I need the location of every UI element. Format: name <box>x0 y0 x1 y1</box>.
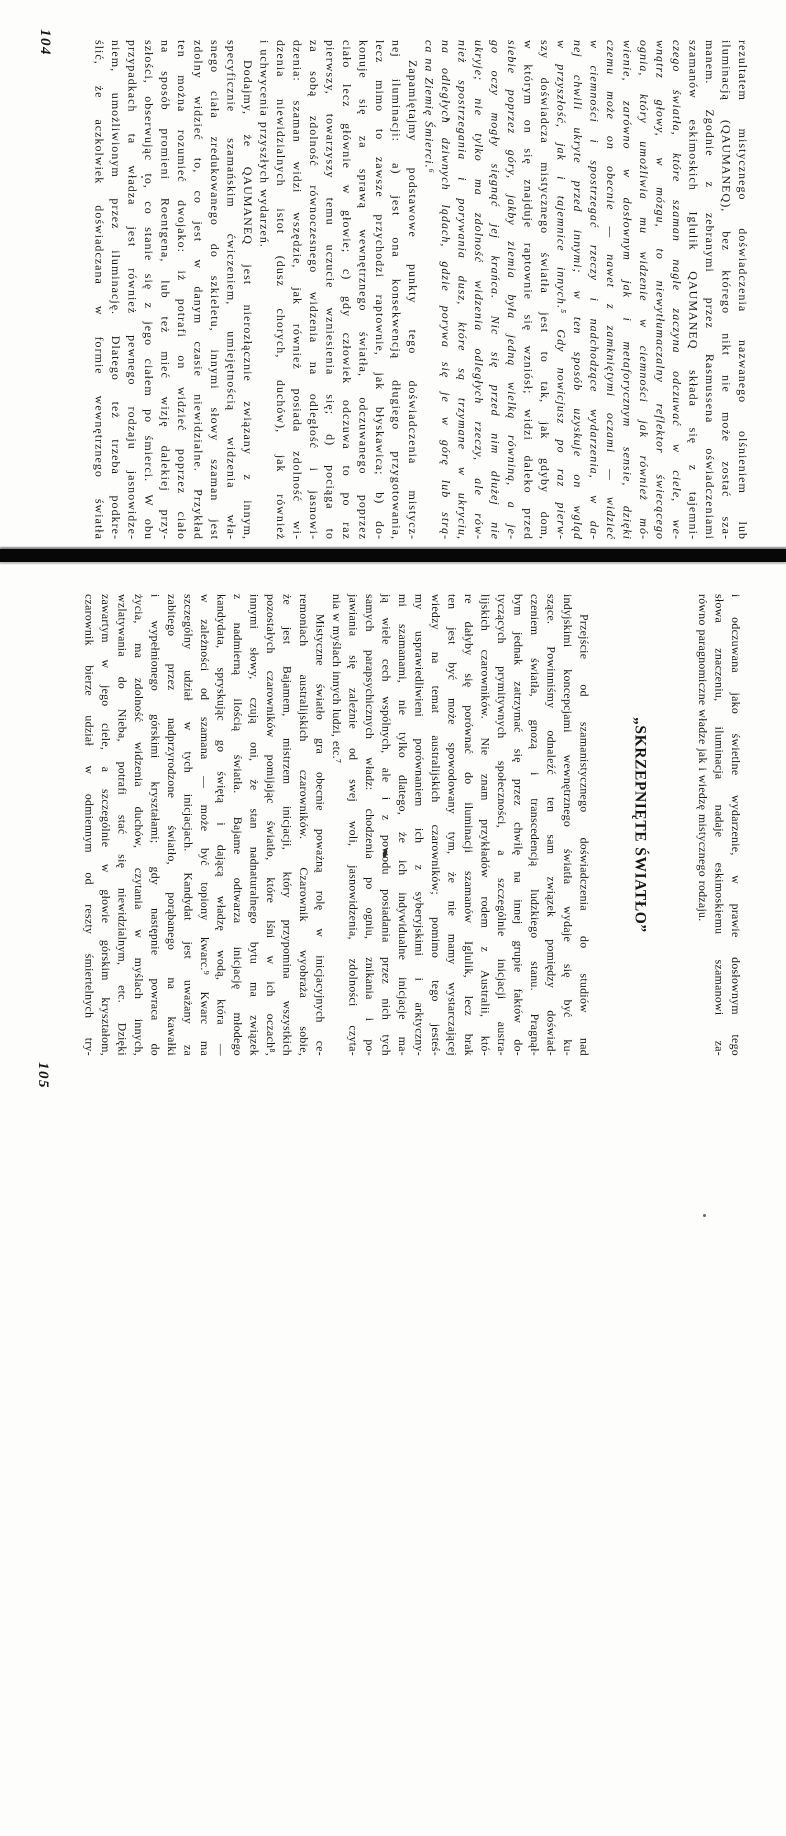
text-line: w zależności od szamana — może być topio… <box>197 594 214 1056</box>
text-line: jawiania się zależnie od swej woli, jasn… <box>345 594 362 1056</box>
text-line: z nadmierną ilością światła. Bajame odtw… <box>230 594 247 1056</box>
text-line: wiedzy na temat australijskich czarownik… <box>428 594 445 1056</box>
spine-shadow-band <box>0 549 786 562</box>
text-line: lecz mimo to zawsze przychodzi raptownie… <box>372 40 389 540</box>
page-number-104: 104 <box>36 29 53 56</box>
text-line: lijskich czarowników. Nie znam przykładó… <box>477 594 494 1056</box>
page-105-text-block: i odczuwana jako świetlne wydarzenie, w … <box>64 594 744 1056</box>
text-line: niem, umożliwionym przez iluminację. Dla… <box>108 40 125 540</box>
text-line: go oczy mogły sięgnąć jej krańca. Nic si… <box>487 40 504 540</box>
text-line: tyczących prymitywnych społeczności, a s… <box>494 594 511 1056</box>
text-line: samych parapsychicznych władz: chodzenia… <box>362 594 379 1056</box>
text-line: że jest Bajamem, mistrzem inicjacji, któ… <box>279 594 296 1056</box>
text-line: na odległych dziwnych lądach, gdzie pory… <box>438 40 455 540</box>
text-line: wnątrz głowy, w mózgu, to niewytłumaczal… <box>652 40 669 540</box>
text-line: i odczuwana jako świetlne wydarzenie, w … <box>728 594 745 1056</box>
text-line: ten jest być może spowodowany tym, że ni… <box>444 594 461 1056</box>
text-line: i uchwycenia przyszłych wydarzeń. <box>256 40 273 540</box>
ink-speck <box>447 118 449 121</box>
text-line: ją wiele cech wspólnych, ale i z powodu … <box>378 594 395 1056</box>
text-line: i wypełnionego górskimi kryształami; gdy… <box>147 594 164 1056</box>
text-line: czarownik bierze udział w odmiennym od r… <box>81 594 98 1056</box>
text-line: rezultatem mistycznego doświadczenia naz… <box>735 40 752 540</box>
text-line: manem. Zgodnie z zebranymi przez Rasmuss… <box>702 40 719 540</box>
text-line: ciało lecz głównie w głowie; c) gdy czło… <box>339 40 356 540</box>
text-line: w ciemności i spostrzegać rzeczy i nadch… <box>586 40 603 540</box>
text-line: zabitego przez nadprzyrodzone światło, p… <box>164 594 181 1056</box>
text-line: szłości, obserwując to, co stanie się z … <box>141 40 158 540</box>
text-line: nej iluminacji: a) jest ona konsekwencją… <box>388 40 405 540</box>
text-line: szamanów eskimoskich Iglulik QAUMANEQ sk… <box>685 40 702 540</box>
text-line: my usprawiedliwieni porównaniem ich z sy… <box>411 594 428 1056</box>
text-line: pierwszy, towarzyszy temu uczucie wznies… <box>322 40 339 540</box>
page-number-105: 105 <box>34 1062 51 1089</box>
ink-speck <box>703 1214 706 1217</box>
text-line: w którym on się znajduje raptownie się w… <box>520 40 537 540</box>
text-line: siebie poprzez góry, jakby ziemia była j… <box>504 40 521 540</box>
text-line: w przyszłość, jak i tajemnice innych.⁵ G… <box>553 40 570 540</box>
text-line: czemu może on obecnie — nawet z zamknięt… <box>603 40 620 540</box>
book-scan-spread: 104 rezultatem mistycznego doświadczenia… <box>0 0 786 1836</box>
text-line: zdolny widzieć to, co jest w danym czasi… <box>190 40 207 540</box>
text-line: indyjskimi koncepcjami wewnętrznego świa… <box>560 594 577 1056</box>
text-line: innymi słowy, czują oni, że stan nadnatu… <box>246 594 263 1056</box>
text-line: ognia, który umożliwia mu widzenie w cie… <box>636 40 653 540</box>
text-line: bym jednak zatrzymać się przez chwilę na… <box>510 594 527 1056</box>
text-line: konuje się za sprawą wewnętrznego światł… <box>355 40 372 540</box>
text-line: mi szamanami, nie tylko dlatego, że ich … <box>395 594 412 1056</box>
text-line: za sobą zdolność równoczesnego widzenia … <box>306 40 323 540</box>
text-line: szy doświadcza mistycznego światła jest … <box>537 40 554 540</box>
text-line: re dałyby się porównać do iluminacji sza… <box>461 594 478 1056</box>
text-line: przypadkach ta władza jest również pewne… <box>124 40 141 540</box>
ink-speck <box>141 176 143 178</box>
text-line: snego ciała zredukowanego do szkieletu, … <box>207 40 224 540</box>
text-line: ca na Ziemię Śmierci.⁶ <box>421 40 438 540</box>
text-line: Dodajmy, że QAUMANEQ jest nierozłącznie … <box>240 40 257 540</box>
text-line: na sposób promieni Roentgena, lub też mi… <box>157 40 174 540</box>
text-line: czeniem światła, gnozą i transcedencją l… <box>527 594 544 1056</box>
text-line: Mistyczne światło gra obecnie poważną ro… <box>312 594 329 1056</box>
text-line: remoniach australijskich czarowników. Cz… <box>296 594 313 1056</box>
text-line: zawartym w jego ciele, a szczególnie w g… <box>98 594 115 1056</box>
text-line: ślić, że aczkolwiek doświadczana w formi… <box>91 40 108 540</box>
text-line: wienie, zarówno w dosłownym jak i metafo… <box>619 40 636 540</box>
text-line: wzlatywania do Nieba, potrafi stać się n… <box>114 594 131 1056</box>
text-line: słowa znaczeniu, iluminacja nadaje eskim… <box>711 594 728 1056</box>
text-line: szące. Powinniśmy odnaleźć ten sam związ… <box>543 594 560 1056</box>
text-line: ten można rozumieć dwojako: iż potrafi o… <box>174 40 191 540</box>
text-line: specyficznie szamańskim ćwiczeniem, umie… <box>223 40 240 540</box>
text-line: iluminacją (QAUMANEQ), bez którego nikt … <box>718 40 735 540</box>
chapter-heading: „SKRZEPNIĘTE ŚWIATŁO” <box>629 594 651 1056</box>
text-line: życia, ma zdolność widzenia duchów, czyt… <box>131 594 148 1056</box>
text-line: dzenia niewidzialnych istot (dusz choryc… <box>273 40 290 540</box>
page-104-text-block: rezultatem mistycznego doświadczenia naz… <box>90 40 751 540</box>
text-line: ukryje; nie tylko ma zdolność widzenia o… <box>471 40 488 540</box>
text-line: nej chwili ukryte przed innymi; w ten sp… <box>570 40 587 540</box>
text-line: Przejście od szamanistycznego doświadcze… <box>576 594 593 1056</box>
text-line: pozostałych czarowników pomijając światł… <box>263 594 280 1056</box>
text-line: kandydata, spryskując go świętą i dającą… <box>213 594 230 1056</box>
text-line: nia w myślach innych ludzi, etc.⁷ <box>329 594 346 1056</box>
text-line: czego światła, które szaman nagle zaczyn… <box>669 40 686 540</box>
text-line: dzenia: szaman widzi wszędzie, jak równi… <box>289 40 306 540</box>
text-line: równo paragnomiczne władze jak i wiedzę … <box>695 594 712 1056</box>
text-line: Zapamiętajmy podstawowe punkty tego dośw… <box>405 40 422 540</box>
text-line: nież spostrzegania i porywania dusz, któ… <box>454 40 471 540</box>
text-line: szczególny udział w tych inicjacjach. Ka… <box>180 594 197 1056</box>
